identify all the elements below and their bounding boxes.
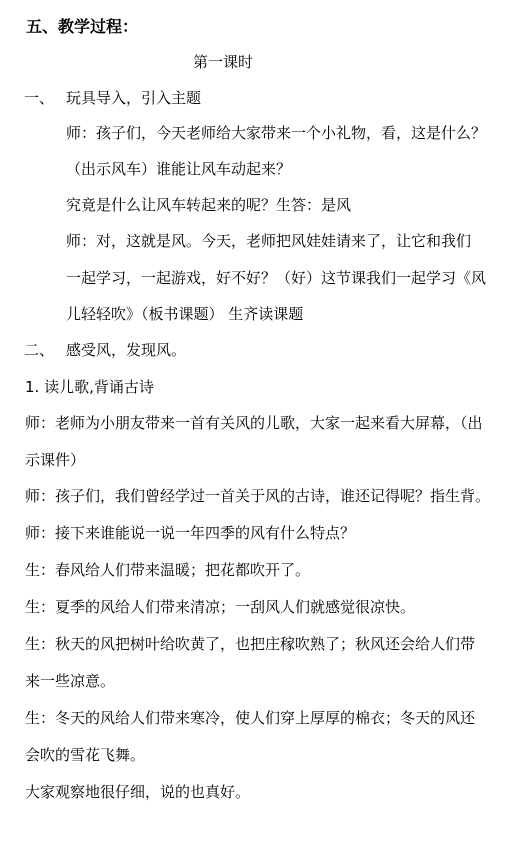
- subsection-title: 1. 读儿歌,背诵古诗: [25, 378, 154, 396]
- paragraph-line: 师：孩子们，我们曾经学过一首关于风的古诗，谁还记得呢？指生背。: [25, 487, 490, 505]
- paragraph-line: 儿轻轻吹》（板书课题） 生齐读课题: [66, 305, 303, 323]
- paragraph-line: 示课件）: [25, 451, 85, 469]
- paragraph-line: 师：孩子们，今天老师给大家带来一个小礼物，看，这是什么？: [66, 124, 486, 142]
- lesson-subtitle: 第一课时: [193, 53, 253, 71]
- paragraph-line: 生：冬天的风给人们带来寒冷，使人们穿上厚厚的棉衣；冬天的风还: [25, 709, 475, 727]
- paragraph-line: 一起学习，一起游戏，好不好？（好）这节课我们一起学习《风: [66, 269, 486, 287]
- section-heading: 五、教学过程：: [26, 18, 138, 36]
- paragraph-line: 生：秋天的风把树叶给吹黄了，也把庄稼吹熟了；秋风还会给人们带: [25, 635, 475, 653]
- paragraph-line: 师：接下来谁能说一说一年四季的风有什么特点？: [25, 524, 355, 542]
- paragraph-line: 会吹的雪花飞舞。: [25, 746, 145, 764]
- paragraph-line: 师：老师为小朋友带来一首有关风的儿歌，大家一起来看大屏幕，（出: [25, 414, 483, 432]
- section2-number: 二、: [24, 341, 54, 359]
- section2-title: 感受风，发现风。: [66, 341, 186, 359]
- paragraph-line: （出示风车）谁能让风车动起来？: [66, 160, 291, 178]
- paragraph-line: 来一些凉意。: [25, 672, 115, 690]
- paragraph-line: 大家观察地很仔细，说的也真好。: [25, 783, 250, 801]
- paragraph-line: 生：春风给人们带来温暖；把花都吹开了。: [25, 561, 310, 579]
- paragraph-line: 师：对，这就是风。今天，老师把风娃娃请来了，让它和我们: [66, 232, 471, 250]
- paragraph-line: 究竟是什么让风车转起来的呢？生答：是风: [66, 196, 351, 214]
- section1-title: 玩具导入，引入主题: [66, 89, 201, 107]
- section1-number: 一、: [24, 89, 54, 107]
- paragraph-line: 生：夏季的风给人们带来清凉；一刮风人们就感觉很凉快。: [25, 598, 415, 616]
